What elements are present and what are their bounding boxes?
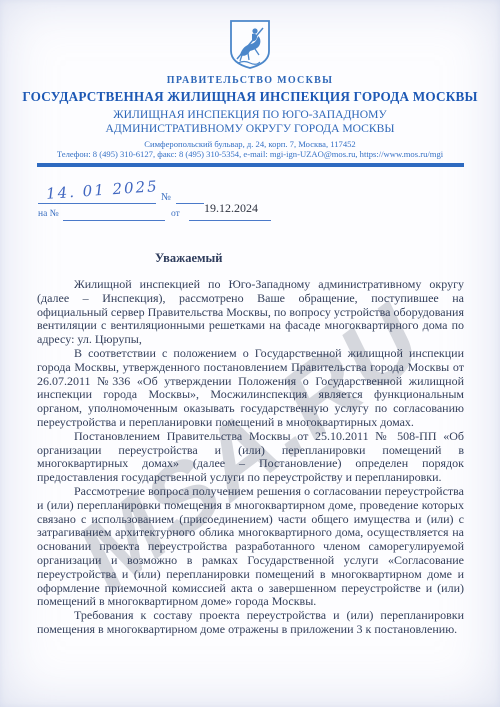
- letter-body: Жилищной инспекцией по Юго-Западному адм…: [37, 278, 464, 637]
- organization-title: ГОСУДАРСТВЕННАЯ ЖИЛИЩНАЯ ИНСПЕКЦИЯ ГОРОД…: [0, 89, 500, 105]
- contact-info: Телефон: 8 (495) 310-6127, факс: 8 (495)…: [0, 149, 500, 159]
- division-line2: АДМИНИСТРАТИВНОМУ ОКРУГУ ГОРОДА МОСКВЫ: [0, 122, 500, 136]
- number-sign-label: №: [161, 192, 171, 203]
- outgoing-date-line: [38, 203, 156, 204]
- header-divider-rule: [37, 163, 464, 167]
- incoming-date-line: [189, 220, 271, 221]
- from-label: от: [171, 209, 180, 219]
- incoming-date: 19.12.2024: [191, 201, 271, 216]
- division-line1: ЖИЛИЩНАЯ ИНСПЕКЦИЯ ПО ЮГО-ЗАПАДНОМУ: [0, 108, 500, 122]
- postal-address: Симферопольский бульвар, д. 24, корп. 7,…: [0, 139, 500, 149]
- moscow-coat-of-arms-icon: [228, 19, 272, 71]
- paragraph-3: Постановлением Правительства Москвы от 2…: [37, 430, 464, 485]
- scanned-letter-page: ПРАВИТЕЛЬСТВО МОСКВЫ ГОСУДАРСТВЕННАЯ ЖИЛ…: [0, 0, 500, 707]
- division-title: ЖИЛИЩНАЯ ИНСПЕКЦИЯ ПО ЮГО-ЗАПАДНОМУ АДМИ…: [0, 108, 500, 136]
- paragraph-4: Рассмотрение вопроса получением решения …: [37, 485, 464, 609]
- government-title: ПРАВИТЕЛЬСТВО МОСКВЫ: [0, 75, 500, 86]
- incoming-number-label: на №: [38, 209, 59, 219]
- greeting: Уважаемый: [155, 251, 223, 266]
- paragraph-1: Жилищной инспекцией по Юго-Западному адм…: [37, 278, 464, 347]
- paragraph-2: В соответствии с положением о Государств…: [37, 347, 464, 430]
- paragraph-5: Требования к составу проекта переустройс…: [37, 609, 464, 637]
- incoming-number-line: [63, 220, 165, 221]
